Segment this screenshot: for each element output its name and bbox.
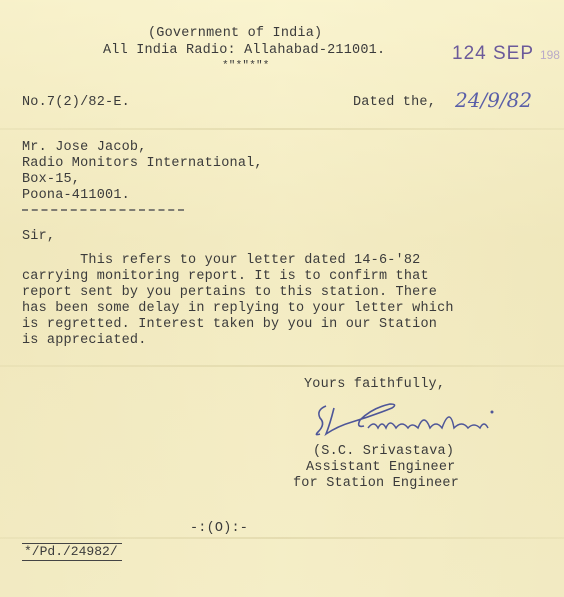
body-line: is regretted. Interest taken by you in o… bbox=[22, 317, 437, 333]
recipient-city: Poona-411001. bbox=[22, 188, 130, 204]
body-line: carrying monitoring report. It is to con… bbox=[22, 269, 429, 285]
letterhead-government: (Government of India) bbox=[148, 26, 322, 42]
signature bbox=[312, 398, 532, 443]
signatory-name: (S.C. Srivastava) bbox=[313, 444, 454, 460]
salutation: Sir, bbox=[22, 229, 55, 245]
paper-fold bbox=[0, 128, 564, 130]
body-line: report sent by you pertains to this stat… bbox=[22, 285, 437, 301]
signature-icon bbox=[312, 398, 532, 443]
paper-fold bbox=[0, 537, 564, 539]
stamp-day: 124 bbox=[452, 43, 487, 64]
reference-number: No.7(2)/82-E. bbox=[22, 95, 130, 111]
paper-fold bbox=[0, 365, 564, 367]
stamp-year: 198 bbox=[540, 48, 560, 62]
signatory-for: for Station Engineer bbox=[293, 476, 459, 492]
date-label: Dated the, bbox=[353, 95, 436, 111]
body-line: has been some delay in replying to your … bbox=[22, 301, 454, 317]
footer-reference: */Pd./24982/ bbox=[22, 543, 122, 561]
body-line: is appreciated. bbox=[22, 333, 147, 349]
recipient-box: Box-15, bbox=[22, 172, 80, 188]
recipient-name: Mr. Jose Jacob, bbox=[22, 140, 147, 156]
address-divider bbox=[22, 209, 184, 212]
date-handwritten: 24/9/82 bbox=[455, 88, 532, 112]
end-mark: -:(O):- bbox=[190, 521, 248, 537]
letterhead-station: All India Radio: Allahabad-211001. bbox=[103, 43, 385, 59]
signatory-title: Assistant Engineer bbox=[306, 460, 455, 476]
recipient-organization: Radio Monitors International, bbox=[22, 156, 263, 172]
stamp-month: SEP bbox=[493, 43, 534, 64]
valediction: Yours faithfully, bbox=[304, 377, 445, 393]
body-line: This refers to your letter dated 14-6-'8… bbox=[22, 253, 420, 269]
received-date-stamp: 124 SEP 198 bbox=[452, 43, 560, 65]
letterhead-ornament: *"*"*"* bbox=[222, 59, 270, 75]
